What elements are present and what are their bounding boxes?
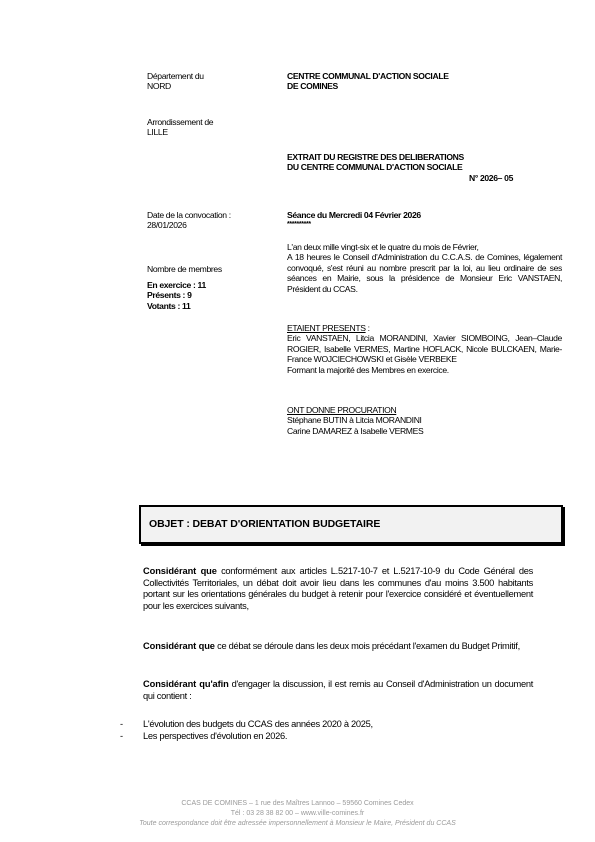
bullet-item: -L'évolution des budgets du CCAS des ann… xyxy=(120,719,540,731)
convocation-label: Date de la convocation : xyxy=(147,210,282,220)
organisation-line-2: DE COMINES xyxy=(287,81,562,91)
presents-heading-suffix: : xyxy=(366,323,370,333)
objet-title: OBJET : DEBAT D'ORIENTATION BUDGETAIRE xyxy=(149,518,380,530)
considerant-paragraph-3: Considérant qu'afin d'engager la discuss… xyxy=(143,679,533,702)
deliberation-number: N° 2026– 05 xyxy=(287,173,515,183)
objet-box: OBJET : DEBAT D'ORIENTATION BUDGETAIRE xyxy=(139,505,563,544)
footer: CCAS DE COMINES – 1 rue des Maîtres Lann… xyxy=(0,799,595,829)
considerant-paragraph-1: Considérant que conformément aux article… xyxy=(143,566,533,612)
considerant-lead: Considérant que xyxy=(143,566,217,576)
seance-block: Séance du Mercredi 04 Février 2026 *****… xyxy=(287,210,562,229)
footer-address: CCAS DE COMINES – 1 rue des Maîtres Lann… xyxy=(0,799,595,809)
procuration-heading: ONT DONNE PROCURATION xyxy=(287,405,562,415)
footer-contact: Tél : 03 28 38 82 00 – www.ville-comines… xyxy=(0,809,595,819)
extrait-line-2: DU CENTRE COMMUNAL D'ACTION SOCIALE xyxy=(287,162,515,172)
bullet-item: -Les perspectives d'évolution en 2026. xyxy=(120,731,540,743)
presents-names: Eric VANSTAEN, Litcia MORANDINI, Xavier … xyxy=(287,333,562,364)
bullet-dash-icon: - xyxy=(120,731,143,743)
seance-title: Séance du Mercredi 04 Février 2026 xyxy=(287,210,562,220)
considerant-lead: Considérant que xyxy=(143,641,215,651)
footer-notice: Toute correspondance doit être adressée … xyxy=(0,819,595,829)
convocation-date: 28/01/2026 xyxy=(147,220,282,230)
procuration-item: Carine DAMAREZ à Isabelle VERMES xyxy=(287,426,562,436)
bullet-text: L'évolution des budgets du CCAS des anné… xyxy=(143,719,373,729)
presents-block: ETAIENT PRESENTS : Eric VANSTAEN, Litcia… xyxy=(287,323,562,375)
intro-first-line: L'an deux mille vingt-six et le quatre d… xyxy=(287,242,562,252)
procuration-item: Stéphane BUTIN à Litcia MORANDINI xyxy=(287,415,562,425)
considerant-paragraph-2: Considérant que ce débat se déroule dans… xyxy=(143,641,533,653)
membres-counts: En exercice : 11 Présents : 9 Votants : … xyxy=(147,280,277,311)
presents-majority: Formant la majorité des Membres en exerc… xyxy=(287,365,562,375)
organisation-line-1: CENTRE COMMUNAL D'ACTION SOCIALE xyxy=(287,71,562,81)
presents-heading: ETAIENT PRESENTS xyxy=(287,323,366,333)
bullet-text: Les perspectives d'évolution en 2026. xyxy=(143,731,287,741)
considerant-lead: Considérant qu'afin xyxy=(143,679,229,689)
seance-separator: ********** xyxy=(287,220,562,229)
departement-label: Département du xyxy=(147,71,277,81)
arrondissement-value: LILLE xyxy=(147,127,277,137)
organisation-name: CENTRE COMMUNAL D'ACTION SOCIALE DE COMI… xyxy=(287,71,562,92)
arrondissement-block: Arrondissement de LILLE xyxy=(147,117,277,138)
membres-title: Nombre de membres xyxy=(147,264,277,274)
membres-presents: Présents : 9 xyxy=(147,290,277,300)
convocation-block: Date de la convocation : 28/01/2026 xyxy=(147,210,282,231)
procuration-block: ONT DONNE PROCURATION Stéphane BUTIN à L… xyxy=(287,405,562,436)
departement-block: Département du NORD xyxy=(147,71,277,92)
considerant-text: ce débat se déroule dans les deux mois p… xyxy=(215,641,520,651)
membres-en-exercice: En exercice : 11 xyxy=(147,280,277,290)
intro-body: A 18 heures le Conseil d'Administration … xyxy=(287,252,562,294)
departement-value: NORD xyxy=(147,81,277,91)
extrait-heading: EXTRAIT DU REGISTRE DES DELIBERATIONS DU… xyxy=(287,152,515,183)
extrait-line-1: EXTRAIT DU REGISTRE DES DELIBERATIONS xyxy=(287,152,515,162)
seance-intro: L'an deux mille vingt-six et le quatre d… xyxy=(287,242,562,294)
membres-votants: Votants : 11 xyxy=(147,301,277,311)
arrondissement-label: Arrondissement de xyxy=(147,117,277,127)
bullet-dash-icon: - xyxy=(120,719,143,731)
